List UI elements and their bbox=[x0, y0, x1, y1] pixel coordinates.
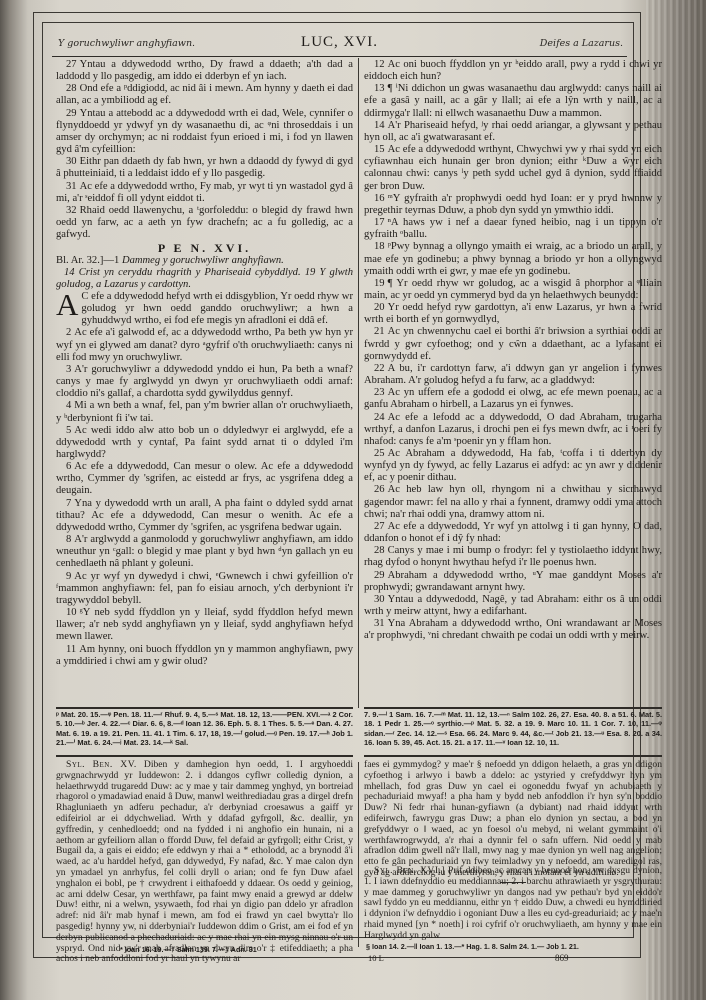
commentary-column-divider bbox=[358, 762, 359, 947]
verse: 15Ac efe a ddywedodd wrthynt, Chwychwi y… bbox=[364, 144, 662, 193]
verse: 19¶ Yr oedd rhyw wr goludog, ac a wisgid… bbox=[364, 278, 662, 302]
commentary-right: Syl. Ben. XVI.] Prif-ddiben ac amcan y b… bbox=[364, 866, 662, 942]
verse: 24Ac efe a lefodd ac a ddywedodd, O dad … bbox=[364, 412, 662, 448]
verse: 31Ac efe a ddywedodd wrtho, Fy mab, yr w… bbox=[56, 181, 353, 205]
verse: 18ᵖPwy bynnag a ollyngo ymaith ei wraig,… bbox=[364, 241, 662, 277]
verse: 31Yna Abraham a ddywedodd wrtho, Oni wra… bbox=[364, 618, 662, 642]
column-divider bbox=[358, 58, 359, 708]
commentary-label: Syl. Ben. XV. bbox=[66, 759, 137, 770]
commentary-left: Syl. Ben. XV. Diben y damhegion hyn oedd… bbox=[56, 760, 353, 965]
verse: 8A'r arglwydd a ganmolodd y goruchwyliwr… bbox=[56, 534, 353, 570]
verse: 7Yna y dywedodd wrth un arall, A pha fai… bbox=[56, 498, 353, 534]
verse: 27Ac efe a ddywedodd, Yr wyf yn attolwg … bbox=[364, 521, 662, 545]
verse: 26Ac heb law hyn oll, rhyngom ni a chwit… bbox=[364, 484, 662, 520]
verse: 23Ac yn uffern efe a gododd ei olwg, ac … bbox=[364, 387, 662, 411]
left-column: 27Yntau a ddywedodd wrtho, Dy frawd a dd… bbox=[56, 59, 353, 668]
verse: 10ᵍY neb sydd ffyddlon yn y lleiaf, sydd… bbox=[56, 607, 353, 643]
page-number: 869 bbox=[555, 953, 569, 963]
verse: 3A'r goruchwyliwr a ddywedodd ynddo ei h… bbox=[56, 364, 353, 400]
verse: 28Ond efe a ᵖddigiodd, ac nid âi i mewn.… bbox=[56, 83, 353, 107]
verse: 2Ac efe a'i galwodd ef, ac a ddywedodd w… bbox=[56, 327, 353, 363]
verse: 29Yntau a attebodd ac a ddywedodd wrth e… bbox=[56, 108, 353, 157]
running-head: Y goruchwyliwr anghyfiawn. LUC, XVI. Dei… bbox=[52, 34, 627, 57]
verse: 28Canys y mae i mi bump o frodyr: fel y … bbox=[364, 545, 662, 569]
verse: 32Rhaid oedd llawenychu, a ᵗgorfoleddu: … bbox=[56, 205, 353, 241]
verse: 14A'r Phariseaid hefyd, ʲy rhai oedd ari… bbox=[364, 120, 662, 144]
running-head-right: Deifes a Lazarus. bbox=[540, 38, 623, 49]
commentary-rule-right bbox=[364, 755, 662, 757]
chapter-summary: Bl. Ar. 32.]—1 Dammeg y goruchwyliwr ang… bbox=[56, 255, 353, 267]
cross-references-right: 7. 9.—ˡ 1 Sam. 16. 7.—ᵐ Mat. 11. 12, 13.… bbox=[364, 710, 662, 748]
footnotes-left: * Ioan 16. 19.—† Salm 139. 7.—‡ Adn. 31 bbox=[120, 945, 257, 954]
verse: 11Am hynny, oni buoch ffyddlon yn y mamm… bbox=[56, 644, 353, 668]
verse: 22A bu, i'r cardottyn farw, a'i ddwyn ga… bbox=[364, 363, 662, 387]
cross-references-left: ᵖ Mat. 20. 15.—ᵠ Pen. 18. 11.—ʳ Rhuf. 9.… bbox=[56, 710, 353, 748]
right-column: 12Ac oni buoch ffyddlon yn yr ʰeiddo ara… bbox=[364, 59, 662, 643]
verse: 9Ac yr wyf yn dywedyd i chwi, ᵉGwnewch i… bbox=[56, 571, 353, 607]
verse: 30Yntau a ddywedodd, Nagê, y tad Abraham… bbox=[364, 594, 662, 618]
verse: 17ⁿA haws yw i nef a daear fyned heibio,… bbox=[364, 217, 662, 241]
chapter-heading: P E N. XVI. bbox=[56, 242, 353, 254]
verse: 30Eithr pan ddaeth dy fab hwn, yr hwn a … bbox=[56, 156, 353, 180]
drop-capital: A bbox=[56, 291, 78, 318]
verse: 4Mi a wn beth a wnaf, fel, pan y'm bwrie… bbox=[56, 400, 353, 424]
signature-mark: 10 L bbox=[368, 953, 384, 963]
verse: 20Yr oedd hefyd ryw gardottyn, a'i enw L… bbox=[364, 302, 662, 326]
verse: 21Ac yn chwennychu cael ei borthi â'r br… bbox=[364, 326, 662, 362]
commentary-rule-left bbox=[56, 755, 353, 757]
chapter-summary-continued: 14 Crist yn ceryddu rhagrith y Phariseai… bbox=[56, 267, 353, 291]
verse: 5Ac wedi iddo alw atto bob un o ddyledwy… bbox=[56, 425, 353, 461]
verse: 16ᵐY gyfraith a'r prophwydi oedd hyd Ioa… bbox=[364, 193, 662, 217]
verse: 27Yntau a ddywedodd wrtho, Dy frawd a dd… bbox=[56, 59, 353, 83]
verse: 12Ac oni buoch ffyddlon yn yr ʰeiddo ara… bbox=[364, 59, 662, 83]
references-rule-right bbox=[364, 707, 662, 709]
verse: 25Ac Abraham a ddywedodd, Ha fab, ᵗcoffa… bbox=[364, 448, 662, 484]
references-rule-left bbox=[56, 707, 353, 709]
verse: 13¶ ⁱNi ddichon un gwas wasanaethu dau a… bbox=[364, 83, 662, 119]
commentary-label: Syl. Ben. XVI.] bbox=[374, 865, 445, 876]
verse-1: AC efe a ddywedodd hefyd wrth ei ddisgyb… bbox=[56, 291, 353, 327]
verse: 6Ac efe a ddywedodd, Can mesur o olew. A… bbox=[56, 461, 353, 497]
verse: 29Abraham a ddywedodd wrtho, ᵘY mae gand… bbox=[364, 570, 662, 594]
footnotes-right: § Ioan 14. 2.—‖ Ioan 1. 13.—* Hag. 1. 8.… bbox=[366, 942, 579, 951]
